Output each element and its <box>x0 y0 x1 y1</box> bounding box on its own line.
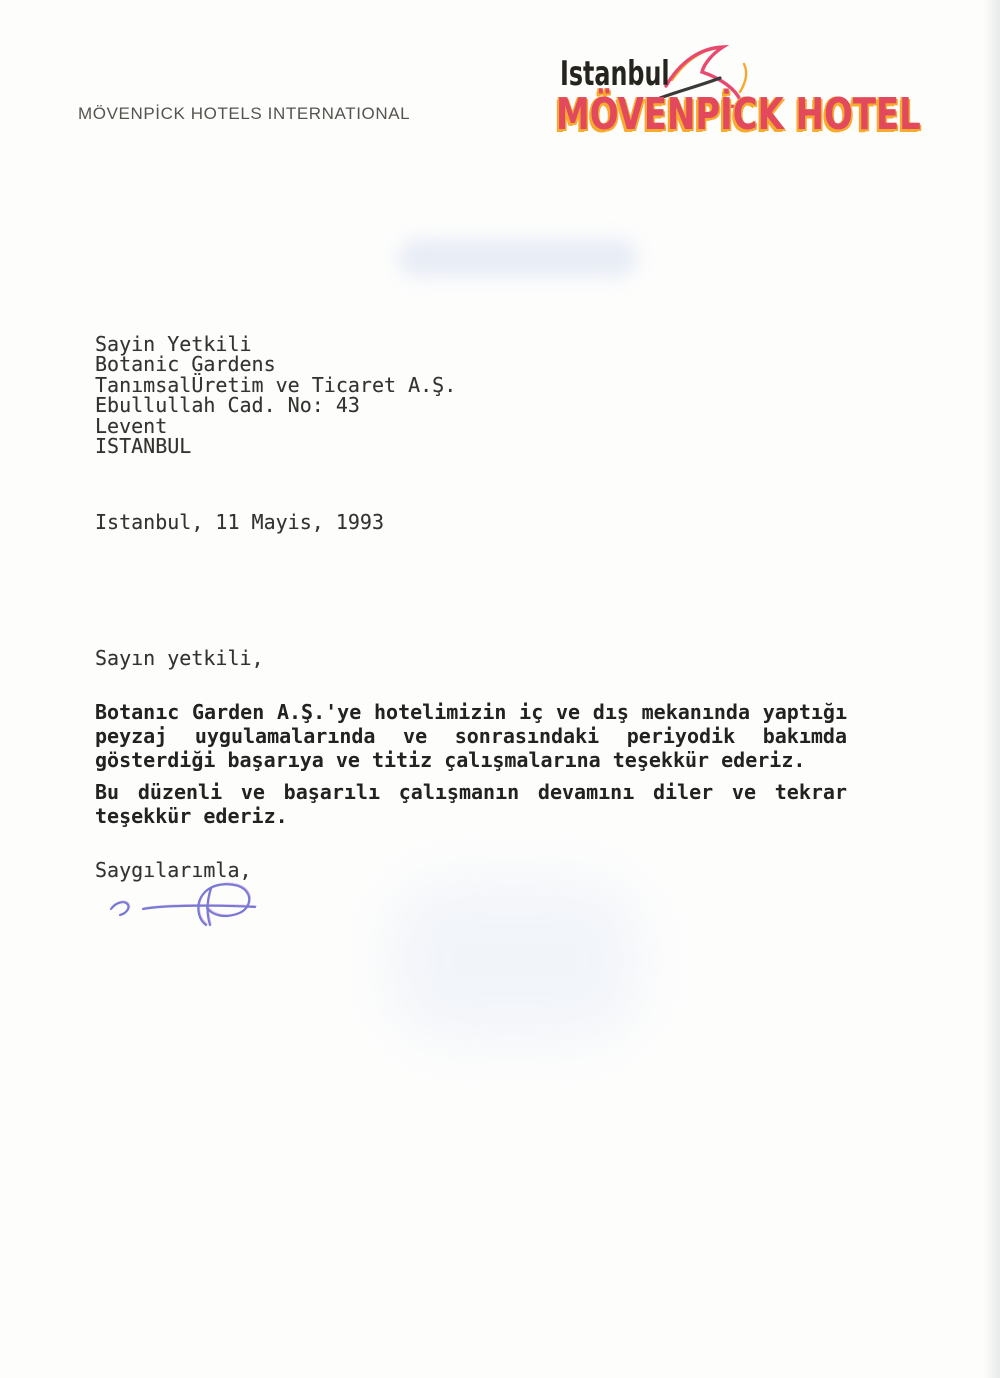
recipient-line: ISTANBUL <box>95 436 456 456</box>
recipient-line: Ebullullah Cad. No: 43 <box>95 395 456 415</box>
company-name: MÖVENPİCK HOTELS INTERNATIONAL <box>78 104 410 124</box>
recipient-line: Levent <box>95 416 456 436</box>
recipient-line: Botanic Gardens <box>95 354 456 374</box>
date-line: Istanbul, 11 Mayis, 1993 <box>95 510 384 534</box>
recipient-address-block: Sayin Yetkili Botanic Gardens TanımsalÜr… <box>95 334 456 456</box>
body-paragraph: Bu düzenli ve başarılı çalışmanın devamı… <box>95 780 847 828</box>
logo-hotel-name-text: MÖVENPİCK HOTEL <box>556 92 921 138</box>
body-paragraph: Botanıc Garden A.Ş.'ye hotelimizin iç ve… <box>95 700 847 772</box>
recipient-line: TanımsalÜretim ve Ticaret A.Ş. <box>95 375 456 395</box>
handwritten-signature <box>103 878 263 933</box>
recipient-line: Sayin Yetkili <box>95 334 456 354</box>
scan-smudge-top <box>398 239 638 277</box>
salutation: Sayın yetkili, <box>95 646 264 670</box>
scan-edge-shading <box>984 0 1000 1378</box>
scanned-letter-page: MÖVENPİCK HOTELS INTERNATIONAL Istanbul … <box>0 0 1000 1378</box>
scan-smudge-bottom <box>390 880 640 1040</box>
logo-city-text: Istanbul <box>560 54 670 94</box>
